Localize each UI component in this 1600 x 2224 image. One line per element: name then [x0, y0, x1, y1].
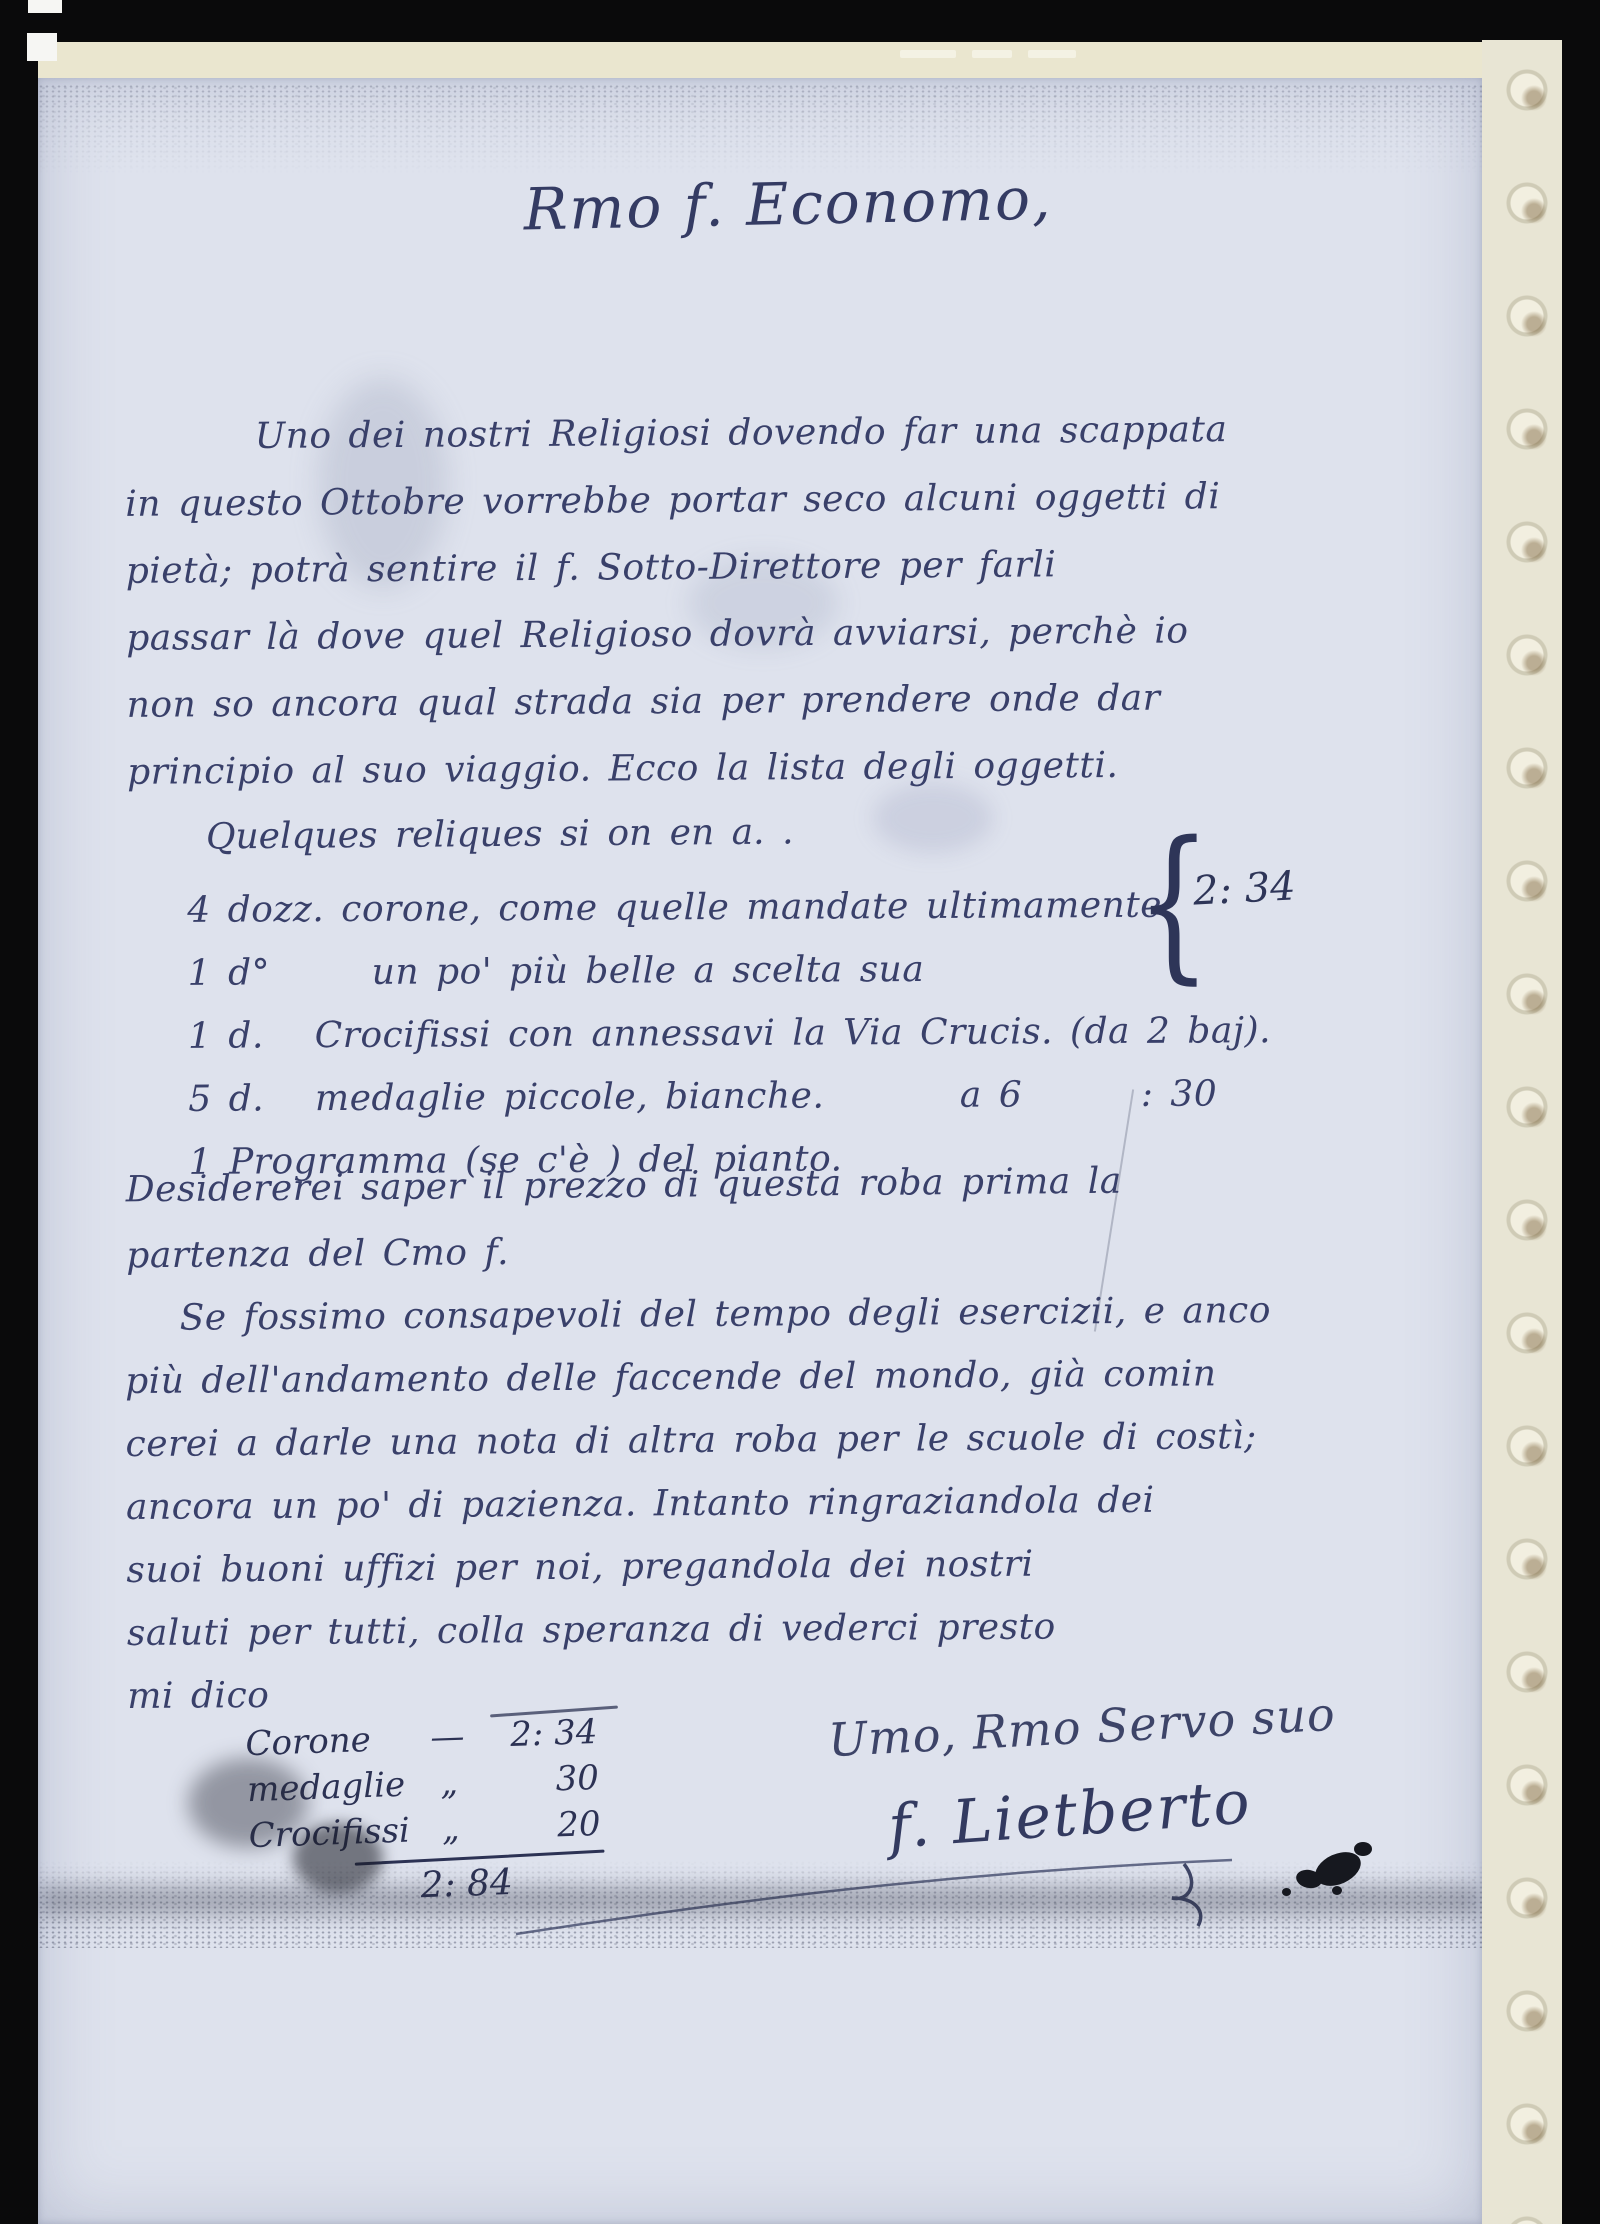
totals-separator: —	[417, 1716, 478, 1758]
sleeve-tab	[27, 33, 57, 61]
letter-line: suoi buoni uffizi per noi, pregandola de…	[126, 1531, 1273, 1602]
list-item: 1 d. Crocifissi con annessavi la Via Cru…	[188, 999, 1271, 1068]
letter-line: più dell'andamento delle faccende del mo…	[125, 1342, 1272, 1413]
toner-smudge-core	[38, 1886, 1482, 1916]
totals-value: 30	[478, 1758, 599, 1802]
letter-line: Uno dei nostri Religiosi dovendo far una…	[125, 396, 1228, 471]
album-backing-top-strip	[38, 42, 1562, 80]
price-brace-value: 2: 34	[1192, 863, 1297, 914]
letter-line: partenza del Cmo f.	[126, 1215, 1123, 1290]
list-intro-line: Quelques reliques si on en a. .	[206, 811, 794, 857]
letter-heading: Rmo f. Economo,	[467, 163, 1108, 244]
binder-holes-strip	[1482, 40, 1562, 2224]
letter-line: Se fossimo consapevoli del tempo degli e…	[124, 1279, 1271, 1350]
letter-line: cerei a darle una nota di altra roba per…	[125, 1405, 1272, 1476]
list-item: 1 d° un po' più belle a scelta sua	[188, 936, 1271, 1005]
toner-smudge-band-top	[38, 84, 1482, 176]
ink-blot	[1276, 1840, 1386, 1910]
object-list: 4 dozz. corone, come quelle mandate ulti…	[187, 873, 1272, 1194]
totals-label: Crocifissi	[248, 1810, 421, 1856]
sleeve-edge-dash	[1028, 50, 1076, 58]
sleeve-tab	[28, 0, 62, 13]
paragraph-2: Desidererei saper il prezzo di questa ro…	[125, 1149, 1122, 1290]
letter-line: saluti per tutti, colla speranza di vede…	[127, 1594, 1274, 1665]
paragraph-1: Uno dei nostri Religiosi dovendo far una…	[125, 396, 1230, 806]
sleeve-edge-dash	[900, 50, 956, 58]
signature: f. Lietberto	[886, 1767, 1254, 1862]
letter-line: passar là dove quel Religioso dovrà avvi…	[126, 597, 1229, 672]
list-item: 5 d. medaglie piccole, bianche. a 6 : 30	[188, 1062, 1271, 1131]
letter-line: pietà; potrà sentire il f. Sotto-Diretto…	[126, 530, 1229, 605]
sleeve-edge-dash	[972, 50, 1012, 58]
letter-line: Desidererei saper il prezzo di questa ro…	[125, 1149, 1122, 1224]
ink-blot-part	[1282, 1888, 1291, 1896]
totals-label: Corone	[245, 1718, 418, 1764]
ink-blot-part	[1332, 1886, 1342, 1895]
photocopy-page: Rmo f. Economo, Uno dei nostri Religiosi…	[38, 78, 1482, 2224]
scanned-letter-photo: Rmo f. Economo, Uno dei nostri Religiosi…	[0, 0, 1600, 2224]
letter-line: non so ancora qual strada sia per prende…	[126, 664, 1229, 739]
totals-value: 20	[480, 1804, 601, 1848]
totals-table: Corone — 2: 34 medaglie „ 30 Crocifissi …	[245, 1712, 606, 1912]
letter-line: in questo Ottobre vorrebbe portar seco a…	[125, 463, 1228, 538]
totals-value: 2: 34	[477, 1712, 598, 1756]
letter-line: ancora un po' di pazienza. Intanto ringr…	[126, 1468, 1273, 1539]
totals-label: medaglie	[246, 1764, 419, 1810]
ink-blot-part	[1354, 1842, 1372, 1856]
totals-separator: „	[418, 1762, 479, 1804]
list-item: 4 dozz. corone, come quelle mandate ulti…	[187, 873, 1270, 942]
paragraph-3: Se fossimo consapevoli del tempo degli e…	[124, 1279, 1273, 1728]
totals-separator: „	[420, 1808, 481, 1850]
letter-line: principio al suo viaggio. Ecco la lista …	[127, 731, 1230, 806]
heading-text: Rmo f. Economo,	[467, 163, 1108, 244]
